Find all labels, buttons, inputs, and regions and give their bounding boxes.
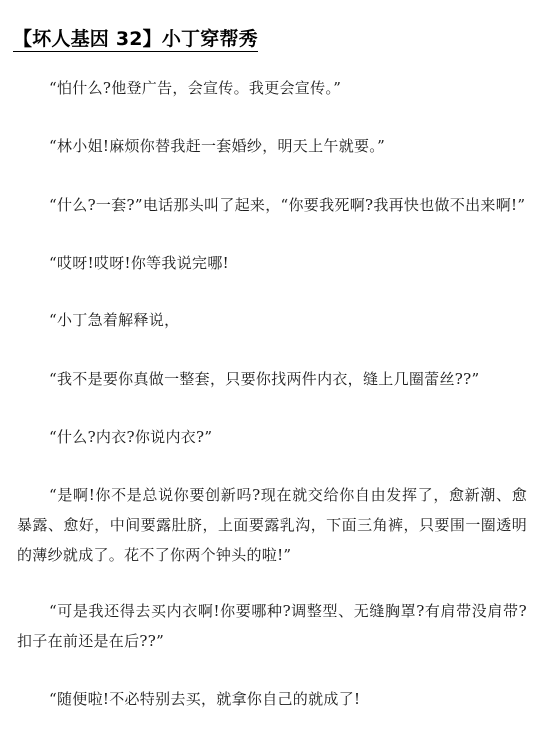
paragraph-3: “什么?一套?”电话那头叫了起来，“你要我死啊?我再快也做不出来啊!” (17, 190, 527, 220)
paragraph-2: “林小姐!麻烦你替我赶一套婚纱，明天上午就要。” (17, 131, 527, 161)
document-title: 【坏人基因 32】小丁穿帮秀 (13, 27, 258, 52)
paragraph-5: “小丁急着解释说， (17, 305, 527, 335)
paragraph-6: “我不是要你真做一整套，只要你找两件内衣，缝上几圈蕾丝??” (17, 364, 527, 394)
document-page: 【坏人基因 32】小丁穿帮秀 “怕什么?他登广告，会宣传。我更会宣传。” “林小… (0, 0, 539, 740)
paragraph-8: “是啊!你不是总说你要创新吗?现在就交给你自由发挥了，愈新潮、愈暴露、愈好，中间… (17, 480, 527, 570)
paragraph-7: “什么?内衣?你说内衣?” (17, 422, 527, 452)
paragraph-4: “哎呀!哎呀!你等我说完哪! (17, 248, 527, 278)
paragraph-1: “怕什么?他登广告，会宣传。我更会宣传。” (17, 73, 527, 103)
paragraph-9: “可是我还得去买内衣啊!你要哪种?调整型、无缝胸罩?有肩带没肩带?扣子在前还是在… (17, 596, 527, 656)
paragraph-10: “随便啦!不必特别去买，就拿你自己的就成了! (17, 684, 527, 714)
